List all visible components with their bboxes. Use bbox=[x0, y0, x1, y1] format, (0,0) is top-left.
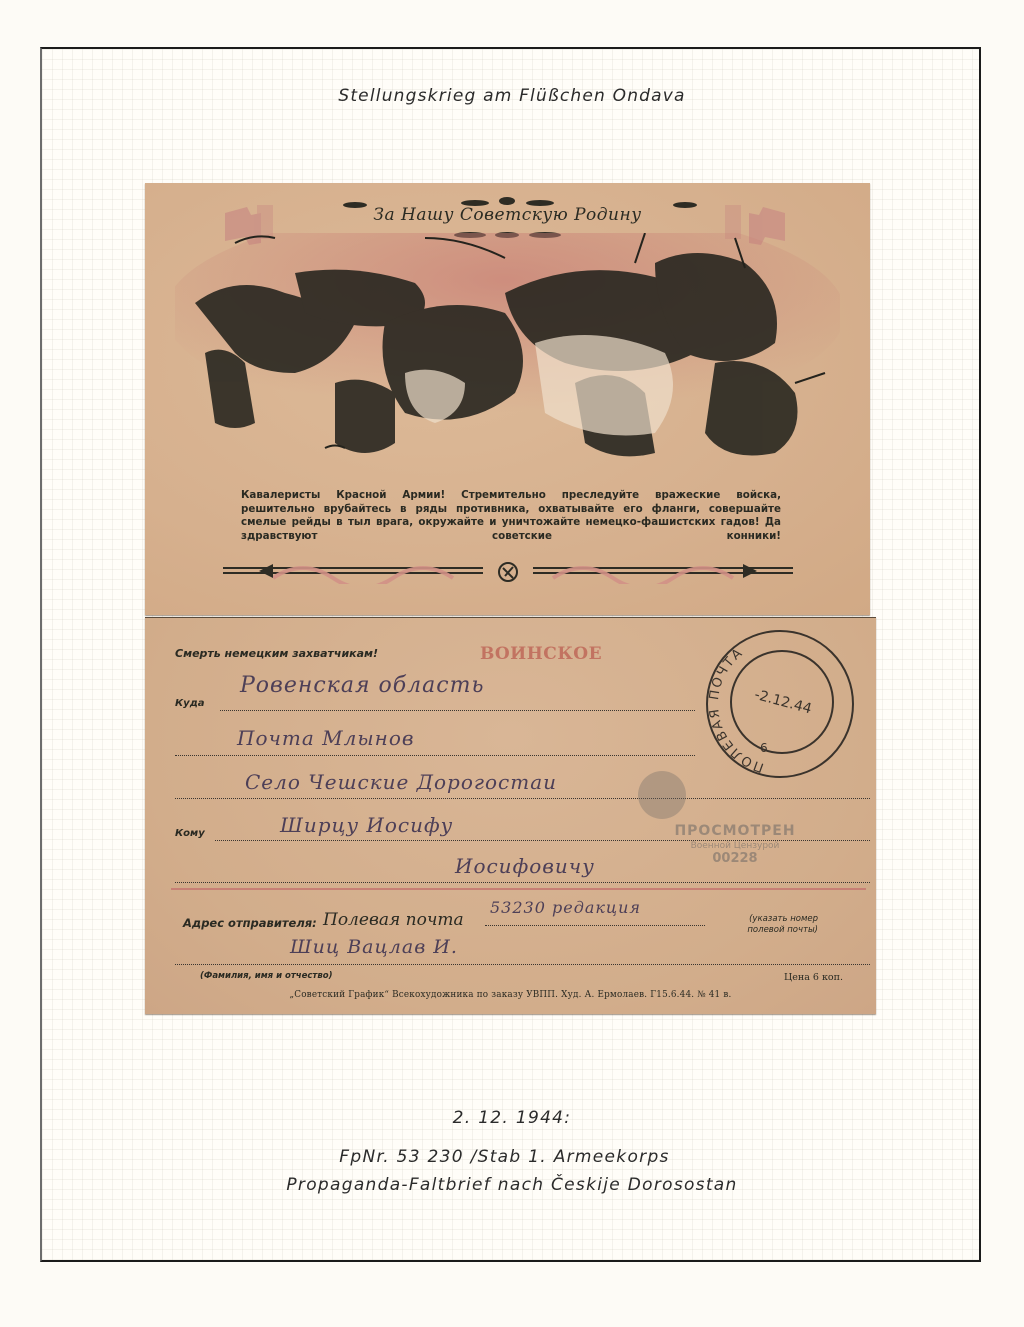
svg-text:-2.12.44: -2.12.44 bbox=[753, 687, 814, 718]
cavalry-charge-illustration-icon bbox=[175, 233, 840, 468]
publisher-imprint: „Советский График“ Всекохудожника по зак… bbox=[145, 990, 876, 1000]
handwritten-recipient-line-2: Иосифовичу bbox=[455, 854, 595, 878]
military-mail-mark: ВОИНСКОЕ bbox=[480, 644, 602, 664]
hammer-and-sickle-ornament-icon bbox=[223, 560, 793, 584]
field-post-postmark-icon: ПОЛЕВАЯ ПОЧТА -2.12.44 6 bbox=[700, 624, 860, 784]
handwritten-field-post-number: 53230 редакция bbox=[490, 898, 641, 917]
handwritten-sender-name: Шиц Вацлав И. bbox=[290, 936, 458, 958]
field-post-hint: (указать номер полевой почты) bbox=[713, 914, 818, 936]
recipient-line-2 bbox=[175, 882, 870, 883]
censor-stamp-line-1: ПРОСМОТРЕН bbox=[650, 823, 820, 839]
banner-title: За Нашу Советскую Родину bbox=[145, 205, 870, 225]
caption-line-2: Propaganda-Faltbrief nach Českije Doroso… bbox=[0, 1175, 1024, 1195]
censor-stamp-line-3: 00228 bbox=[650, 851, 820, 866]
red-rule-divider bbox=[171, 888, 866, 890]
price: Цена 6 коп. bbox=[784, 972, 843, 983]
svg-text:6: 6 bbox=[760, 741, 768, 755]
handwritten-address-line-1: Ровенская область bbox=[240, 673, 484, 698]
caption-line-1: FpNr. 53 230 /Stab 1. Armeekorps bbox=[0, 1147, 1024, 1167]
letter-sheet-front: За Нашу Советскую Родину bbox=[145, 183, 870, 615]
handwritten-address-line-3: Село Чешские Дорогостаи bbox=[245, 770, 557, 794]
address-line-3 bbox=[175, 798, 870, 799]
field-post-line bbox=[485, 925, 705, 926]
page-title: Stellungskrieg am Flüßchen Ondava bbox=[0, 86, 1024, 106]
label-to-whom: Кому bbox=[175, 828, 205, 839]
censor-stamp-line-2: Военной Цензурой bbox=[650, 841, 820, 851]
censor-stamp: ПРОСМОТРЕН Военной Цензурой 00228 bbox=[650, 823, 820, 866]
name-hint: (Фамилия, имя и отчество) bbox=[200, 971, 332, 981]
handwritten-recipient-line-1: Ширцу Иосифу bbox=[280, 813, 453, 837]
sender-name-line bbox=[175, 964, 870, 965]
label-sender: Адрес отправителя: bbox=[183, 916, 317, 930]
soviet-emblem-stamp-icon bbox=[635, 768, 690, 823]
propaganda-slogan: Кавалеристы Красной Армии! Стремительно … bbox=[241, 489, 781, 543]
svg-text:ПОЛЕВАЯ ПОЧТА: ПОЛЕВАЯ ПОЧТА bbox=[707, 645, 766, 775]
label-field-post: Полевая почта bbox=[323, 910, 464, 930]
letter-sheet-address-side: Смерть немецким захватчикам! ВОИНСКОЕ Ку… bbox=[145, 617, 876, 1014]
address-line-1 bbox=[220, 710, 695, 711]
caption-date: 2. 12. 1944: bbox=[0, 1108, 1024, 1128]
label-to-where: Куда bbox=[175, 698, 205, 709]
address-line-2 bbox=[175, 755, 695, 756]
handwritten-address-line-2: Почта Млынов bbox=[237, 726, 415, 750]
motto: Смерть немецким захватчикам! bbox=[175, 647, 378, 660]
